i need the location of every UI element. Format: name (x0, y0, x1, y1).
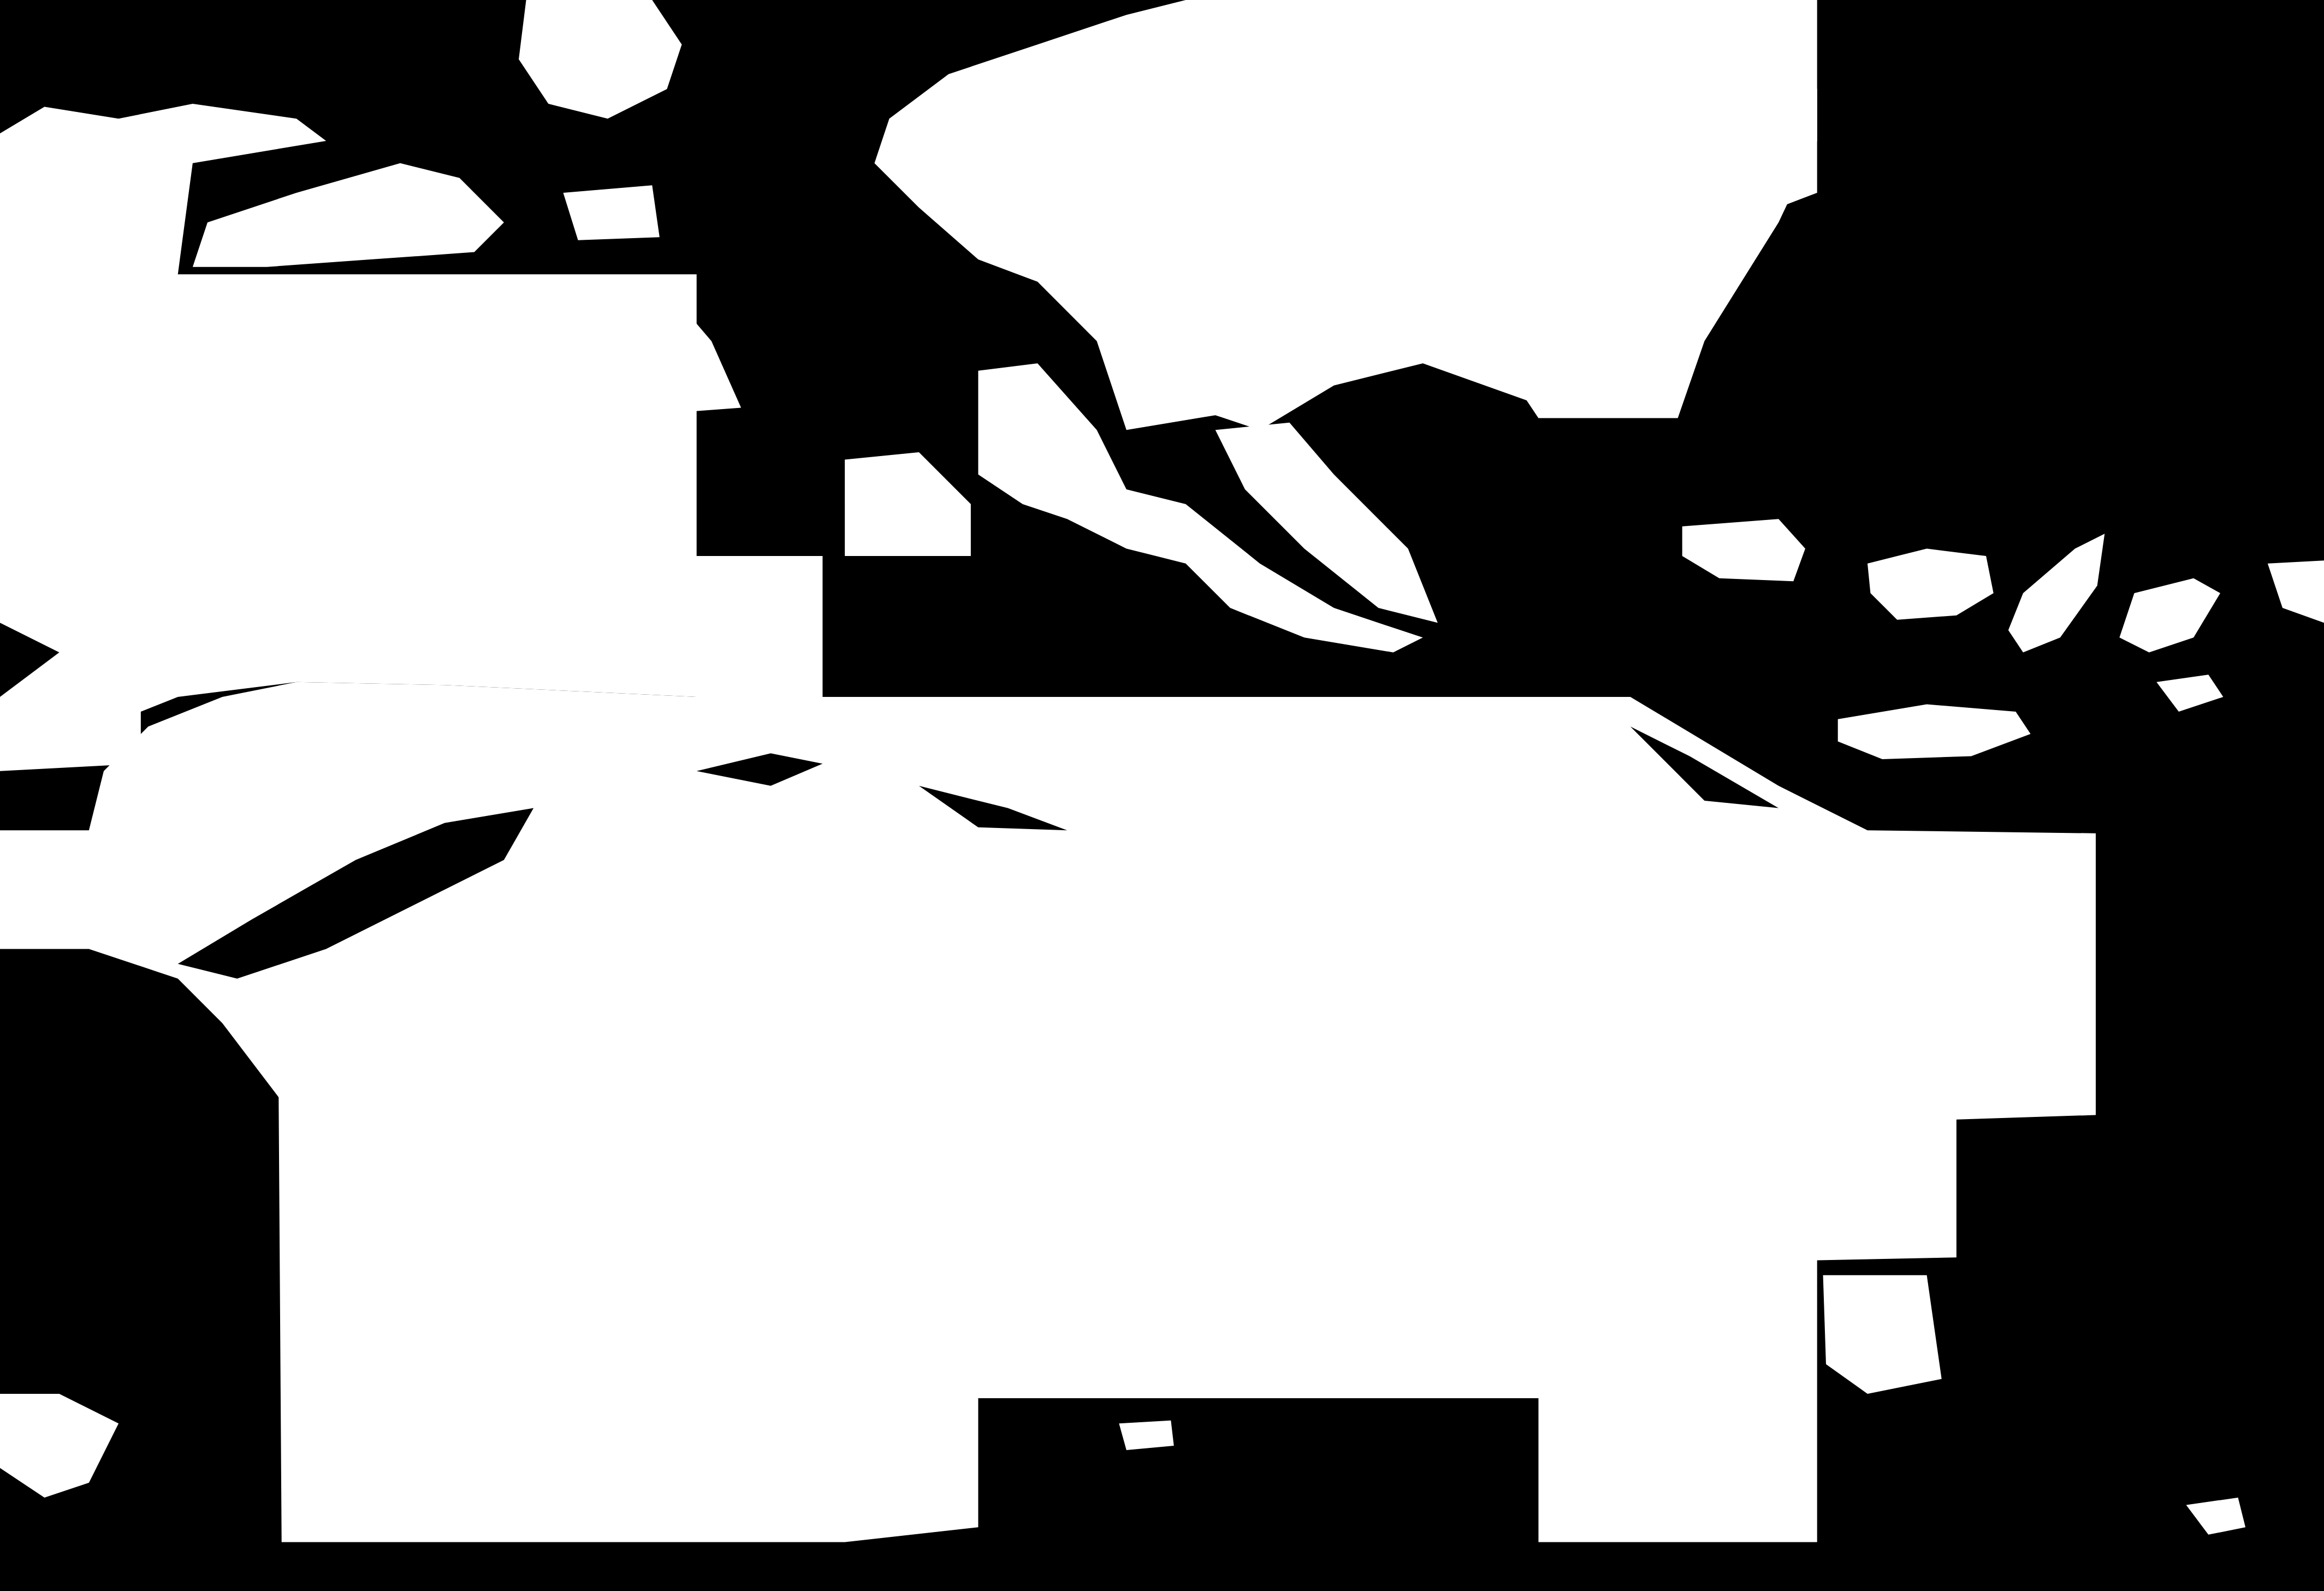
mask-region-bottom-mid-patch (1119, 1421, 1173, 1450)
binary-mask-image (0, 0, 2324, 1591)
mask-region-island-3 (563, 185, 659, 240)
